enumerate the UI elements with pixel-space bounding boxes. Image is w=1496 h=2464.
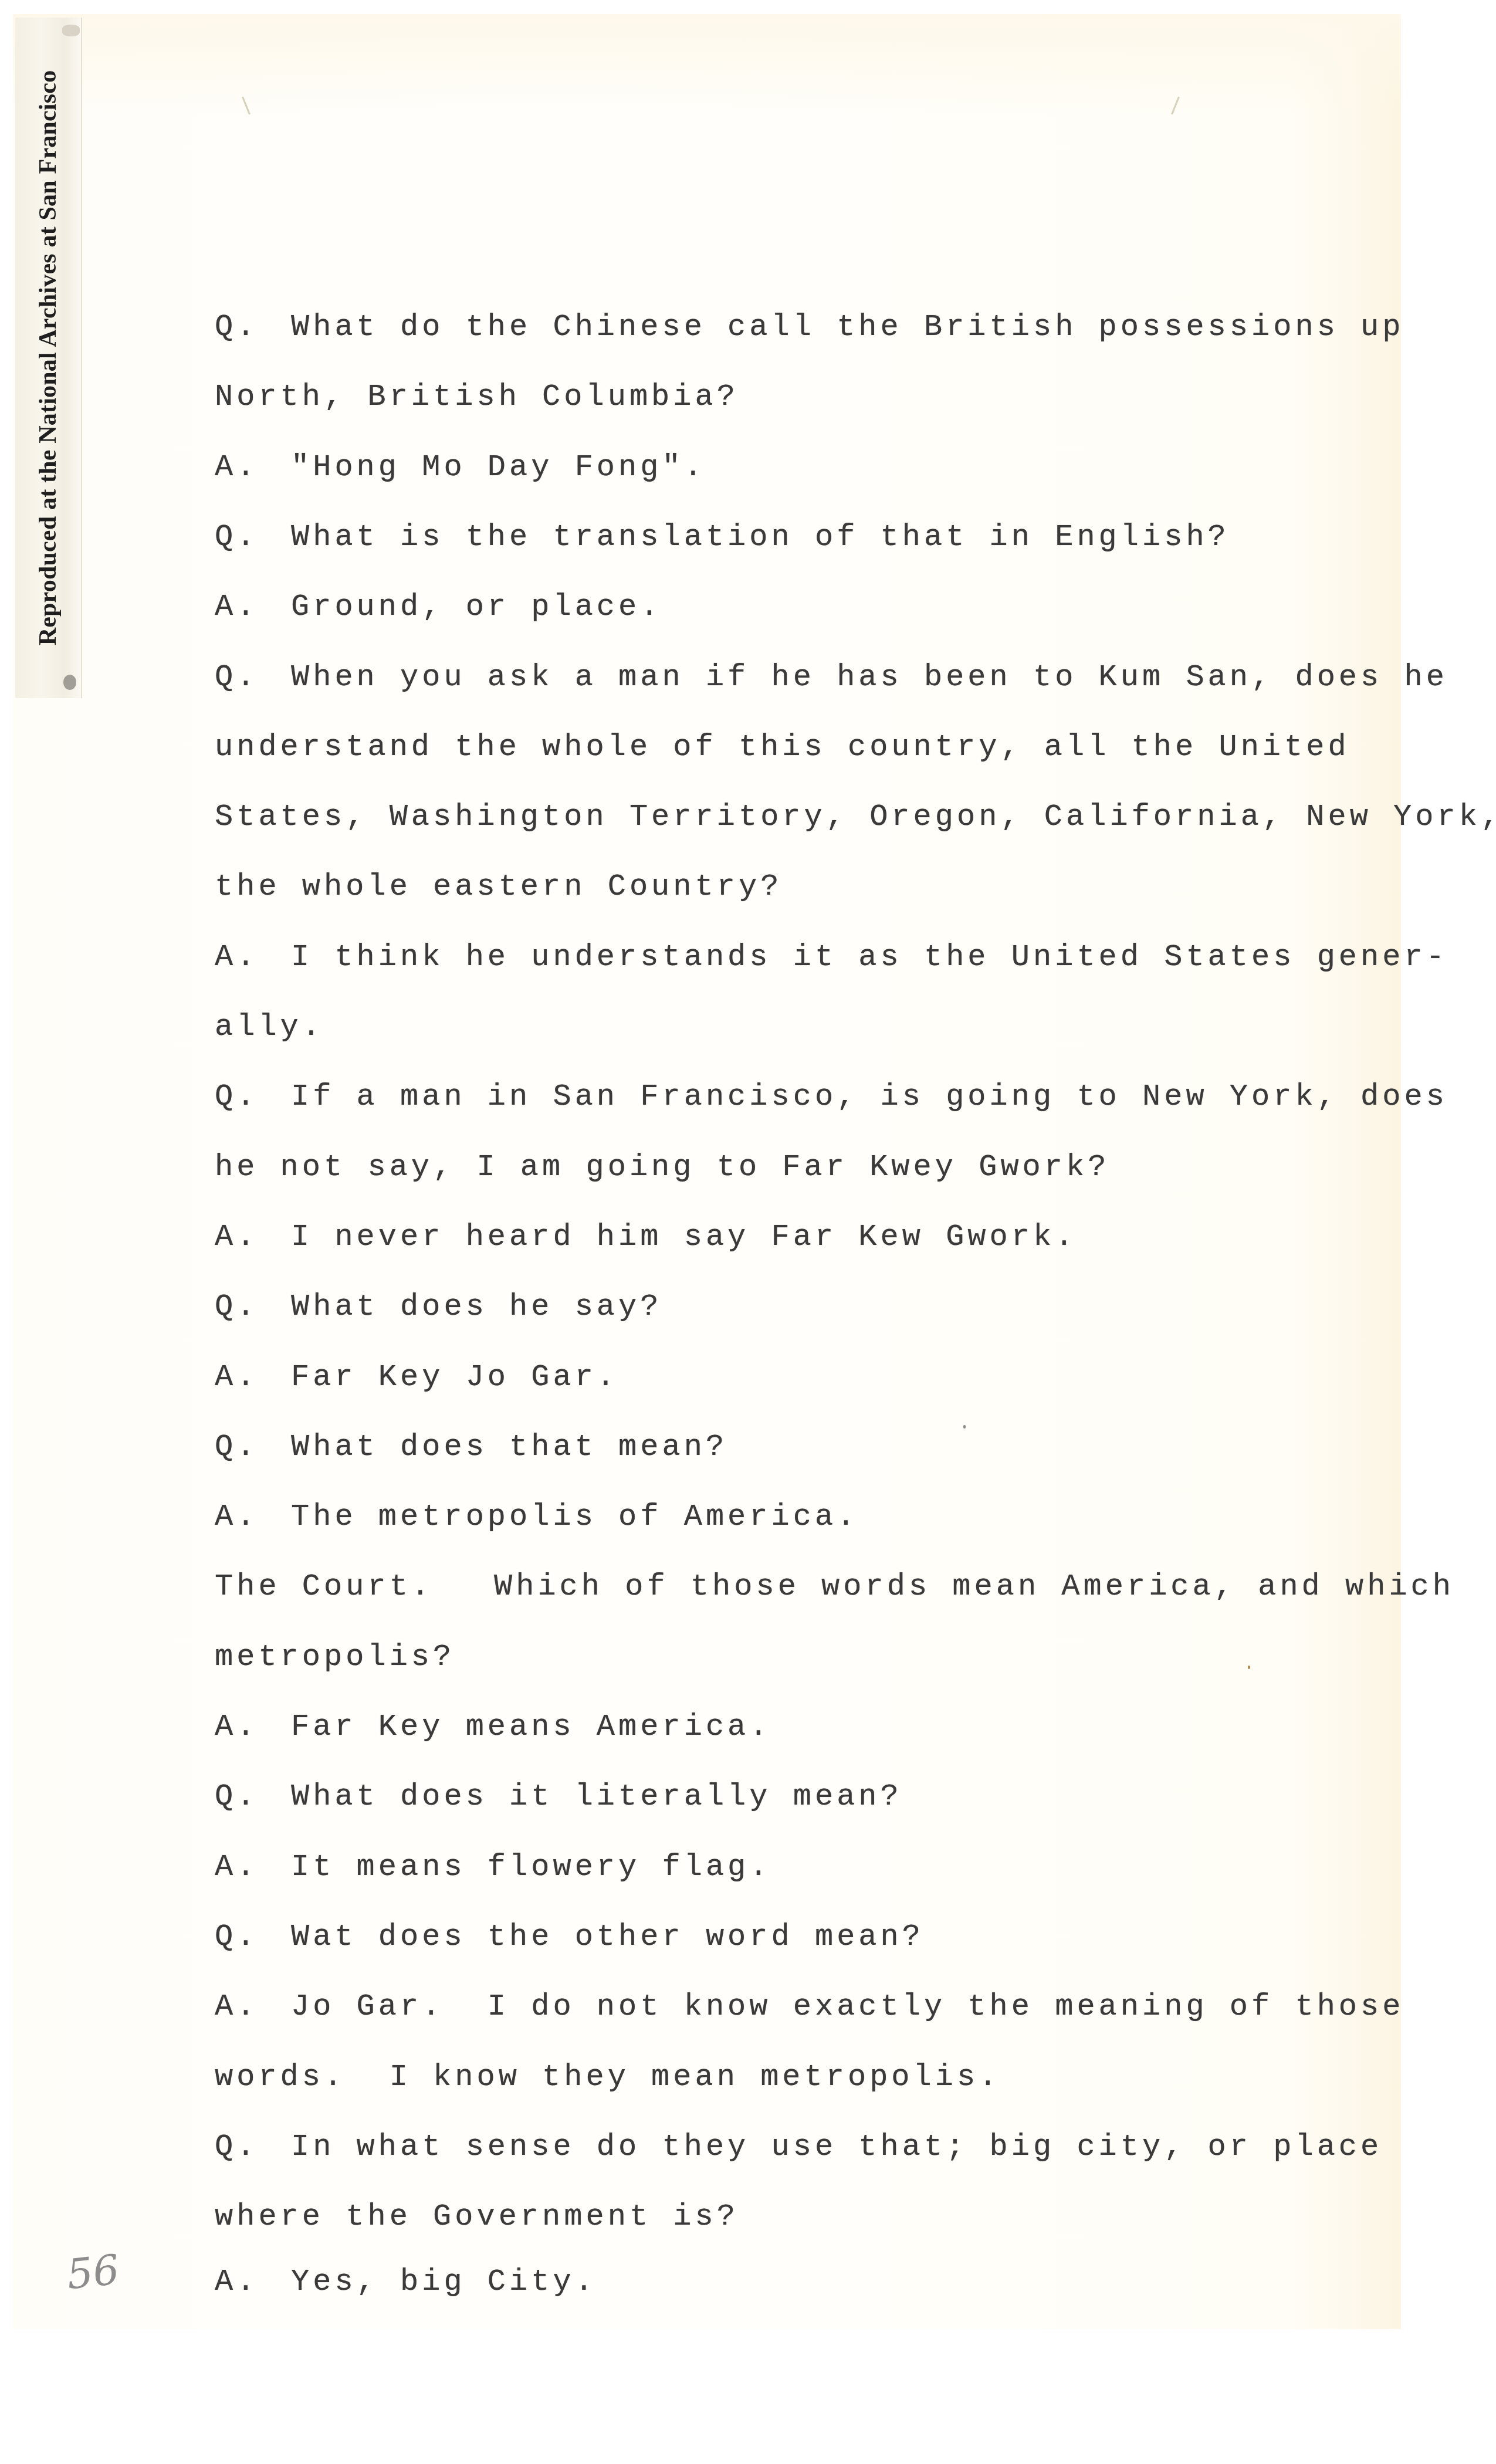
paper-crease [1171,97,1180,115]
entry-text: "Hong Mo Day Fong". [291,444,706,491]
paper-crease [242,97,251,115]
speaker-label: A. [215,1214,258,1261]
entry-text: Far Key means America. [291,1704,771,1751]
speaker-label: A. [215,1704,258,1751]
tape-mark [62,25,80,36]
entry-text: In what sense do they use that; big city… [291,2124,1382,2171]
entry-text: What does that mean? [291,1424,727,1471]
entry-text: metropolis? [215,1634,455,1681]
entry-text: If a man in San Francisco, is going to N… [291,1074,1448,1121]
speaker-label: A. [215,1984,258,2030]
archive-stamp: Reproduced at the National Archives at S… [15,18,82,698]
speaker-label: Q. [215,1773,258,1820]
entry-text: Yes, big City. [291,2259,597,2306]
entry-text: I think he understands it as the United … [291,934,1448,981]
speaker-label: A. [215,1494,258,1541]
entry-text: What do the Chinese call the British pos… [291,304,1404,351]
speaker-label: Q. [215,654,258,701]
speaker-label: Q. [215,1074,258,1121]
ink-speck [963,1425,966,1429]
speaker-label: Q. [215,2124,258,2171]
speaker-label: A. [215,1354,258,1401]
speaker-label: Q. [215,304,258,351]
speaker-label: A. [215,584,258,631]
entry-text: North, British Columbia? [215,374,739,421]
entry-text: words. I know they mean metropolis. [215,2054,1000,2101]
entry-text: where the Government is? [215,2194,739,2240]
handwritten-page-number: 56 [65,2246,121,2299]
entry-text: States, Washington Territory, Oregon, Ca… [215,794,1496,841]
speaker-label: A. [215,444,258,491]
archive-stamp-text: Reproduced at the National Archives at S… [34,70,62,646]
speaker-label: Q. [215,1284,258,1331]
entry-text: What is the translation of that in Engli… [291,514,1230,561]
entry-text: Jo Gar. I do not know exactly the meanin… [291,1984,1404,2030]
speaker-label: Q. [215,514,258,561]
entry-text: Far Key Jo Gar. [291,1354,618,1401]
speaker-label: A. [215,1844,258,1891]
entry-text: What does he say? [291,1284,662,1331]
entry-text: Ground, or place. [291,584,662,631]
speaker-label: A. [215,934,258,981]
entry-text: ally. [215,1004,324,1051]
tape-mark [63,675,76,690]
entry-text: understand the whole of this country, al… [215,724,1350,771]
document-page: Reproduced at the National Archives at S… [13,14,1401,2329]
speaker-label: Q. [215,1424,258,1471]
speaker-label: A. [215,2259,258,2306]
entry-text: It means flowery flag. [291,1844,771,1891]
entry-text: I never heard him say Far Kew Gwork. [291,1214,1077,1261]
entry-text: Which of those words mean America, and w… [494,1563,1454,1610]
entry-text: The metropolis of America. [291,1494,858,1541]
entry-text: What does it literally mean? [291,1773,902,1820]
entry-text: Wat does the other word mean? [291,1914,924,1961]
ink-speck [1248,1666,1250,1669]
entry-text: the whole eastern Country? [215,864,782,911]
entry-text: he not say, I am going to Far Kwey Gwork… [215,1144,1109,1191]
speaker-label: Q. [215,1914,258,1961]
speaker-label: The Court. [215,1563,433,1610]
entry-text: When you ask a man if he has been to Kum… [291,654,1448,701]
